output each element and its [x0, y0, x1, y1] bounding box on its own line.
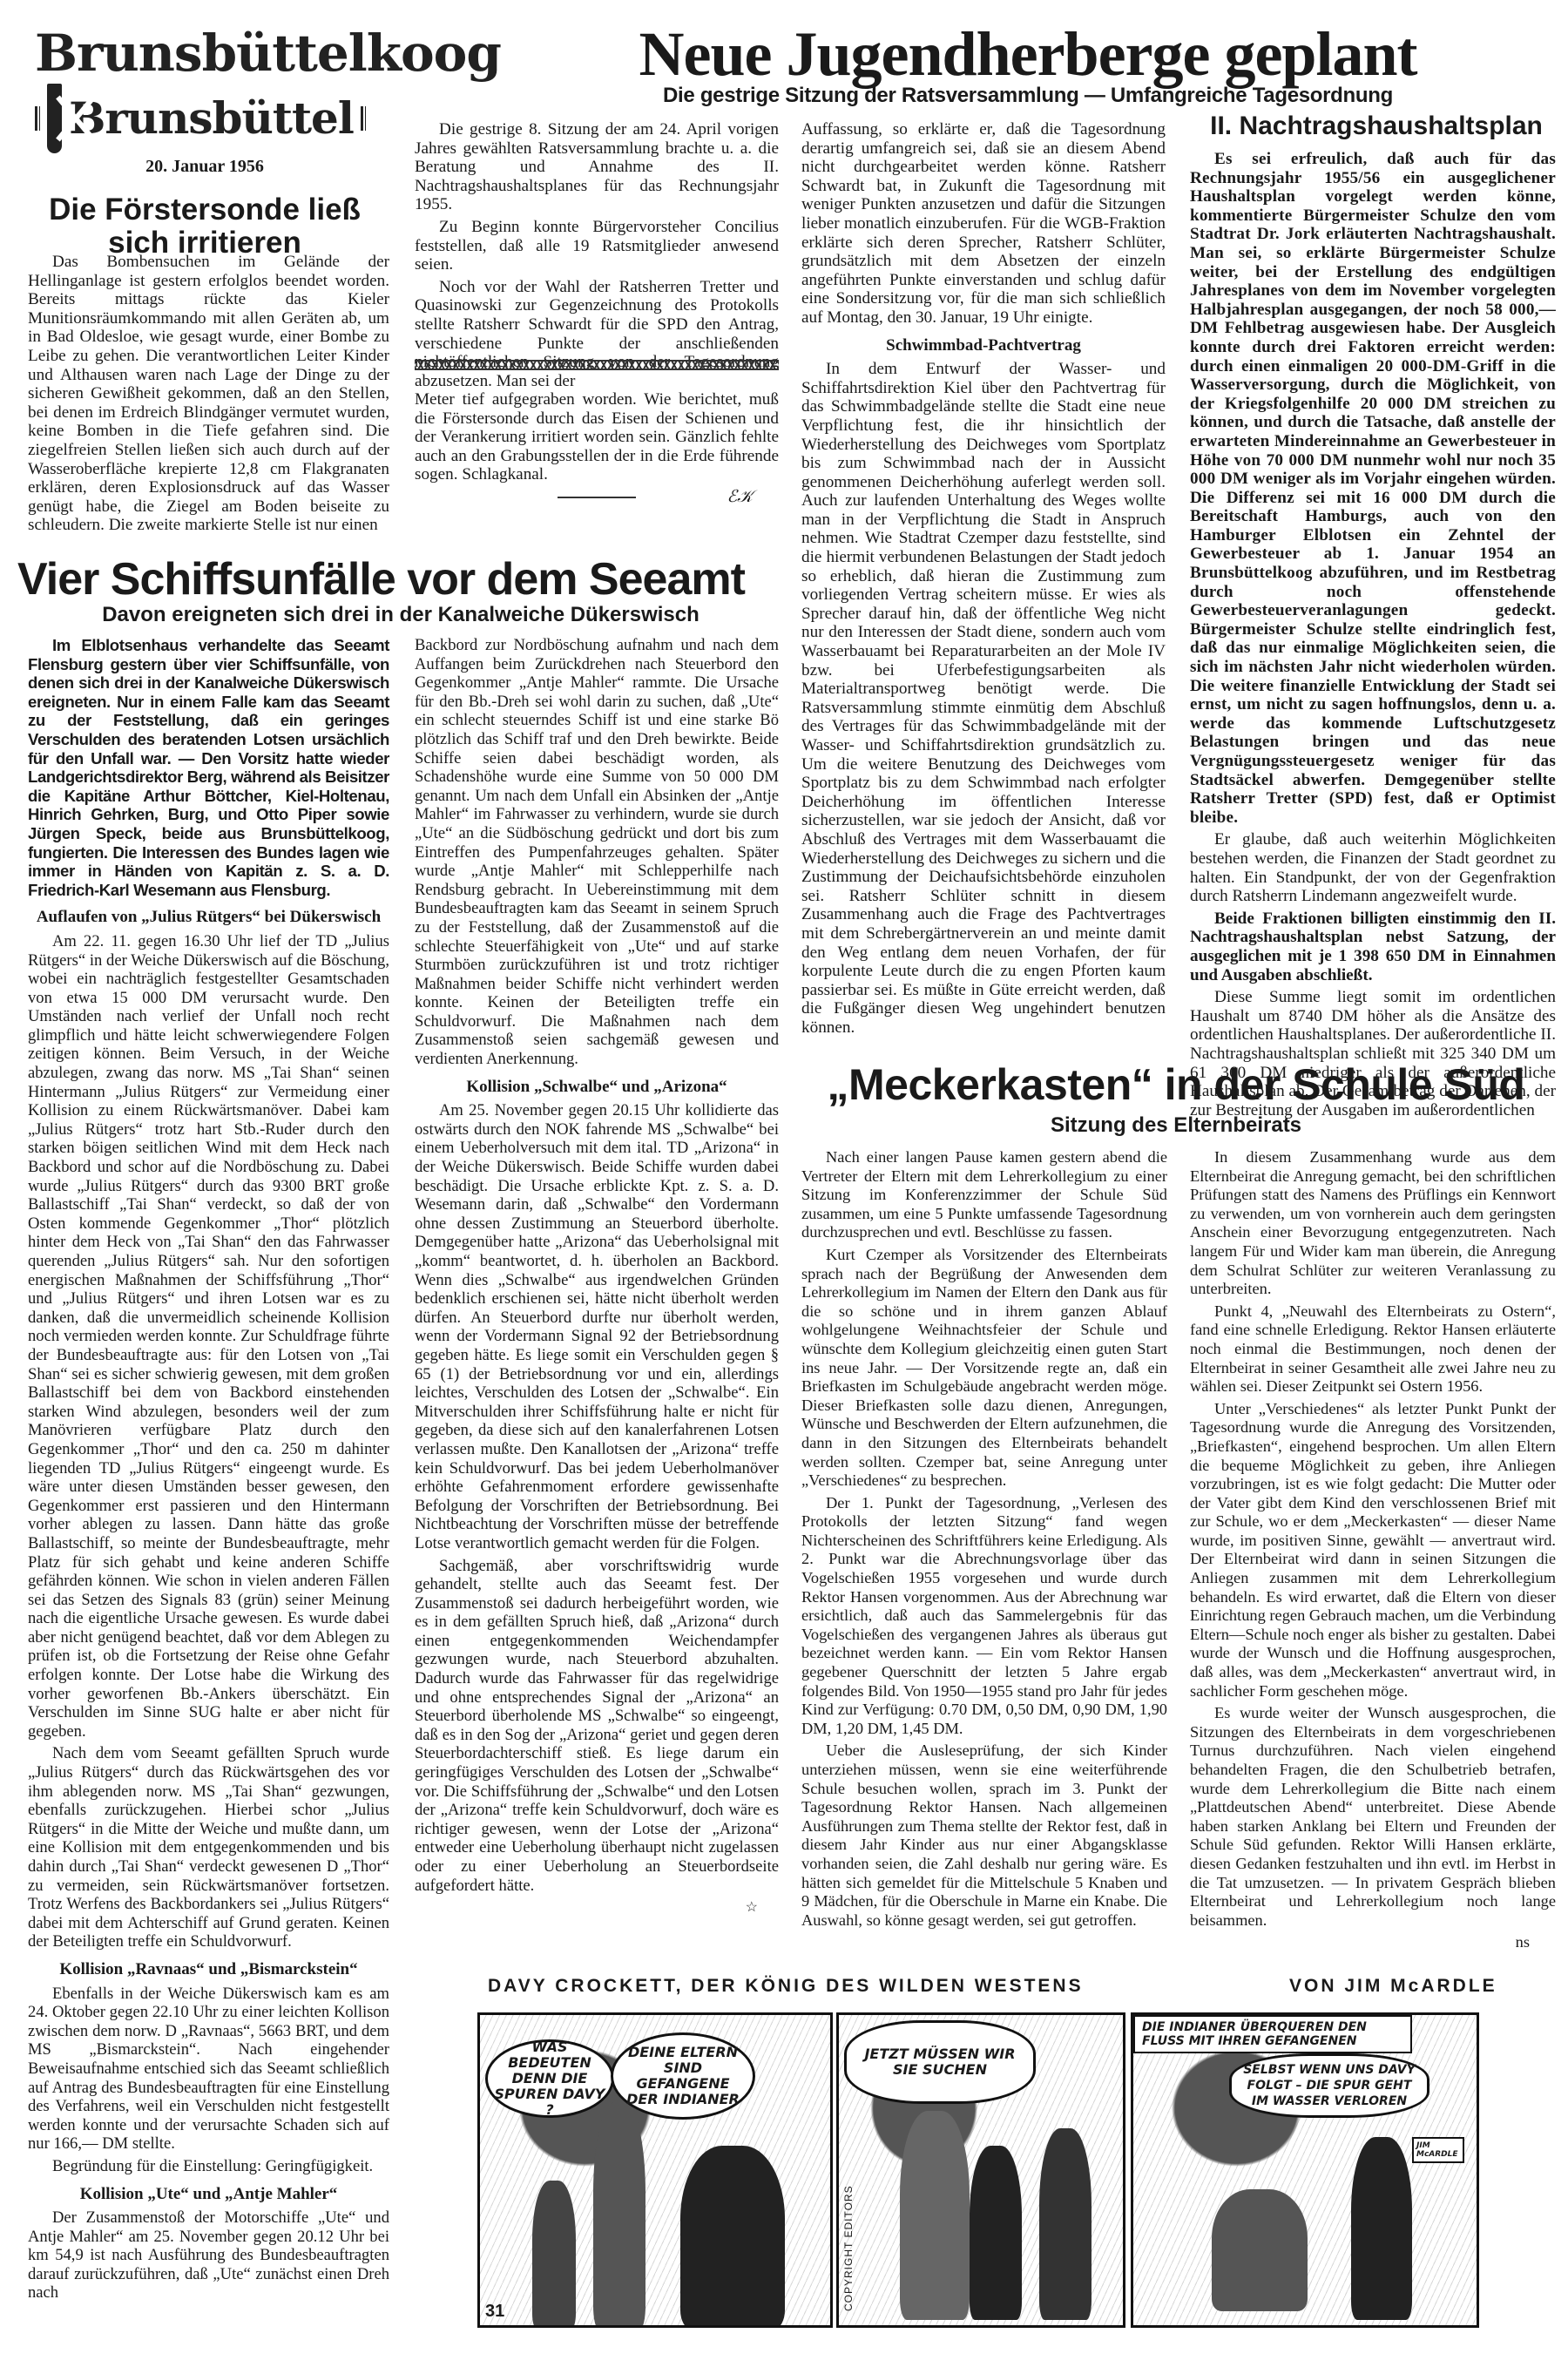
paragraph: Zu Beginn konnte Bürgervorsteher Concili… [415, 218, 779, 274]
paragraph: Punkt 4, „Neuwahl des Elternbeirats zu O… [1190, 1302, 1556, 1397]
banner-left-icon [35, 106, 40, 131]
article-jugendherberge-col2: Auffassung, so erklärte er, daß die Tage… [801, 120, 1166, 1041]
character-child [532, 2181, 576, 2328]
paragraph: Der 1. Punkt der Tagesordnung, „Verlesen… [801, 1494, 1167, 1739]
paragraph: Er glaube, daß auch weiterhin Möglichkei… [1190, 830, 1556, 905]
masthead-title-brunsbuettelkoog: Brunsbüttelkoog [35, 26, 366, 80]
character-group [1212, 2189, 1308, 2311]
speech-bubble: DEINE ELTERN SIND GEFANGENE DER INDIANER [611, 2032, 755, 2120]
comic-caption: DIE INDIANER ÜBERQUEREN DEN FLUSS MIT IH… [1133, 2015, 1412, 2053]
strip-number: 31 [485, 2302, 504, 2322]
article-foerstersonde-body-1: Das Bombensuchen im Gelände der Hellinga… [28, 253, 389, 538]
paragraph: Am 22. 11. gegen 16.30 Uhr lief der TD „… [28, 932, 389, 1741]
star-end-mark-icon: ☆ [415, 1898, 779, 1917]
copyright-notice: COPYRIGHT EDITORS [842, 2185, 855, 2311]
masthead: Brunsbüttelkoog Brunsbüttel [35, 26, 366, 153]
thought-bubble: SELBST WENN UNS DAVY FOLGT – DIE SPUR GE… [1229, 2053, 1429, 2118]
article-schiffsunfaelle-col2: Backbord zur Nordböschung aufnahm und na… [415, 636, 779, 1917]
comic-panel-1: WAS BEDEUTEN DENN DIE SPUREN DAVY ? DEIN… [477, 2012, 833, 2328]
paragraph: Das Bombensuchen im Gelände der Hellinga… [28, 253, 389, 535]
article-meckerkasten-col1: Nach einer langen Pause kamen gestern ab… [801, 1148, 1167, 1933]
speech-bubble: WAS BEDEUTEN DENN DIE SPUREN DAVY ? [485, 2039, 614, 2118]
speech-bubble: JETZT MÜSSEN WIR SIE SUCHEN [844, 2020, 1036, 2104]
paragraph: Kurt Czemper als Vorsitzender des Eltern… [801, 1246, 1167, 1491]
character-rider [1039, 2128, 1092, 2320]
paragraph: Unter „Verschiedenes“ als letzter Punkt … [1190, 1400, 1556, 1701]
author-signature: ns [1190, 1933, 1556, 1952]
paragraph: Der Zusammenstoß der Motorschiffe „Ute“ … [28, 2208, 389, 2303]
paragraph: Sachgemäß, aber vorschriftswidrig wurde … [415, 1557, 779, 1896]
comic-panel-3: DIE INDIANER ÜBERQUEREN DEN FLUSS MIT IH… [1131, 2012, 1479, 2328]
character-davy [680, 2146, 785, 2328]
paragraph: Ebenfalls in der Weiche Dükerswisch kam … [28, 1985, 389, 2154]
paragraph: Backbord zur Nordböschung aufnahm und na… [415, 636, 779, 1069]
paragraph-bold: Beide Fraktionen billigten einstimmig de… [1190, 910, 1556, 984]
subhead-schwimmbad: Schwimmbad-Pachtvertrag [801, 336, 1166, 355]
paragraph: Begründung für die Einstellung: Geringfü… [28, 2157, 389, 2176]
article-nachtrag-body: Es sei erfreulich, daß auch für das Rech… [1190, 150, 1556, 1123]
character-indian [970, 2146, 1022, 2320]
subhead-nachtragshaushaltsplan: II. Nachtragshaushaltsplan [1185, 112, 1568, 141]
paragraph: In dem Entwurf der Wasser- und Schiffahr… [801, 360, 1166, 1037]
article-foerstersonde-body-2: Meter tief aufgegraben worden. Wie beric… [415, 390, 779, 507]
paragraph: Am 25. November gegen 20.15 Uhr kollidie… [415, 1101, 779, 1552]
headline-jugendherberge: Neue Jugendherberge geplant [488, 19, 1568, 89]
character-indian-horseback [1351, 2137, 1412, 2320]
comic-title: DAVY CROCKETT, DER KÖNIG DES WILDEN WEST… [488, 1976, 1084, 1997]
paragraph: Die gestrige 8. Sitzung der am 24. April… [415, 120, 779, 214]
masthead-row: Brunsbüttel [35, 84, 366, 153]
subhead-ute-antje-mahler: Kollision „Ute“ und „Antje Mahler“ [28, 2185, 389, 2204]
section-rule [558, 497, 636, 498]
paragraph: Nach einer langen Pause kamen gestern ab… [801, 1148, 1167, 1242]
subheadline-meckerkasten: Sitzung des Elternbeirats [784, 1113, 1568, 1138]
masthead-title-brunsbuettel: Brunsbüttel [69, 95, 354, 142]
comic-author: VON JIM McARDLE [1289, 1976, 1497, 1997]
article-schiffsunfaelle-col1: Im Elblotsenhaus verhandelte das Seeamt … [28, 636, 389, 2306]
coat-of-arms-icon [47, 84, 62, 153]
subheadline-jugendherberge: Die gestrige Sitzung der Ratsversammlung… [488, 84, 1568, 108]
headline-foerstersonde: Die Förstersonde ließ sich irritieren [17, 193, 392, 260]
paragraph: Meter tief aufgegraben worden. Wie beric… [415, 390, 779, 484]
paragraph: Noch vor der Wahl der Ratsherren Tretter… [415, 278, 779, 391]
character-horse [900, 2111, 970, 2320]
paragraph: In diesem Zusammenhang wurde aus dem Elt… [1190, 1148, 1556, 1299]
article-meckerkasten-col2: In diesem Zusammenhang wurde aus dem Elt… [1190, 1148, 1556, 1952]
ornamental-divider [415, 360, 779, 370]
paragraph: Es wurde weiter der Wunsch ausgesprochen… [1190, 1704, 1556, 1930]
banner-right-icon [361, 106, 366, 131]
subhead-julius-ruetgers: Auflaufen von „Julius Rütgers“ bei Düker… [28, 908, 389, 927]
paragraph: Nach dem vom Seeamt gefällten Spruch wur… [28, 1744, 389, 1951]
subheadline-schiffsunfaelle: Davon ereigneten sich drei in der Kanalw… [17, 603, 784, 627]
paragraph-bold: Es sei erfreulich, daß auch für das Rech… [1190, 150, 1556, 827]
headline-schiffsunfaelle: Vier Schiffsunfälle vor dem Seeamt [17, 554, 784, 605]
headline-meckerkasten: „Meckerkasten“ in der Schule Süd [784, 1059, 1568, 1110]
paragraph: Auffassung, so erklärte er, daß die Tage… [801, 120, 1166, 328]
character-adult [593, 2102, 645, 2328]
subhead-ravnaas-bismarckstein: Kollision „Ravnaas“ und „Bismarckstein“ [28, 1960, 389, 1979]
paragraph: Ueber die Ausleseprüfung, der sich Kinde… [801, 1741, 1167, 1930]
subhead-schwalbe-arizona: Kollision „Schwalbe“ und „Arizona“ [415, 1078, 779, 1097]
lead-paragraph: Im Elblotsenhaus verhandelte das Seeamt … [28, 636, 389, 899]
issue-date: 20. Januar 1956 [78, 157, 331, 177]
article-jugendherberge-col1: Die gestrige 8. Sitzung der am 24. April… [415, 120, 779, 394]
artist-signature: JIM McARDLE [1412, 2137, 1464, 2163]
comic-panel-2: JETZT MÜSSEN WIR SIE SUCHEN COPYRIGHT ED… [836, 2012, 1125, 2328]
